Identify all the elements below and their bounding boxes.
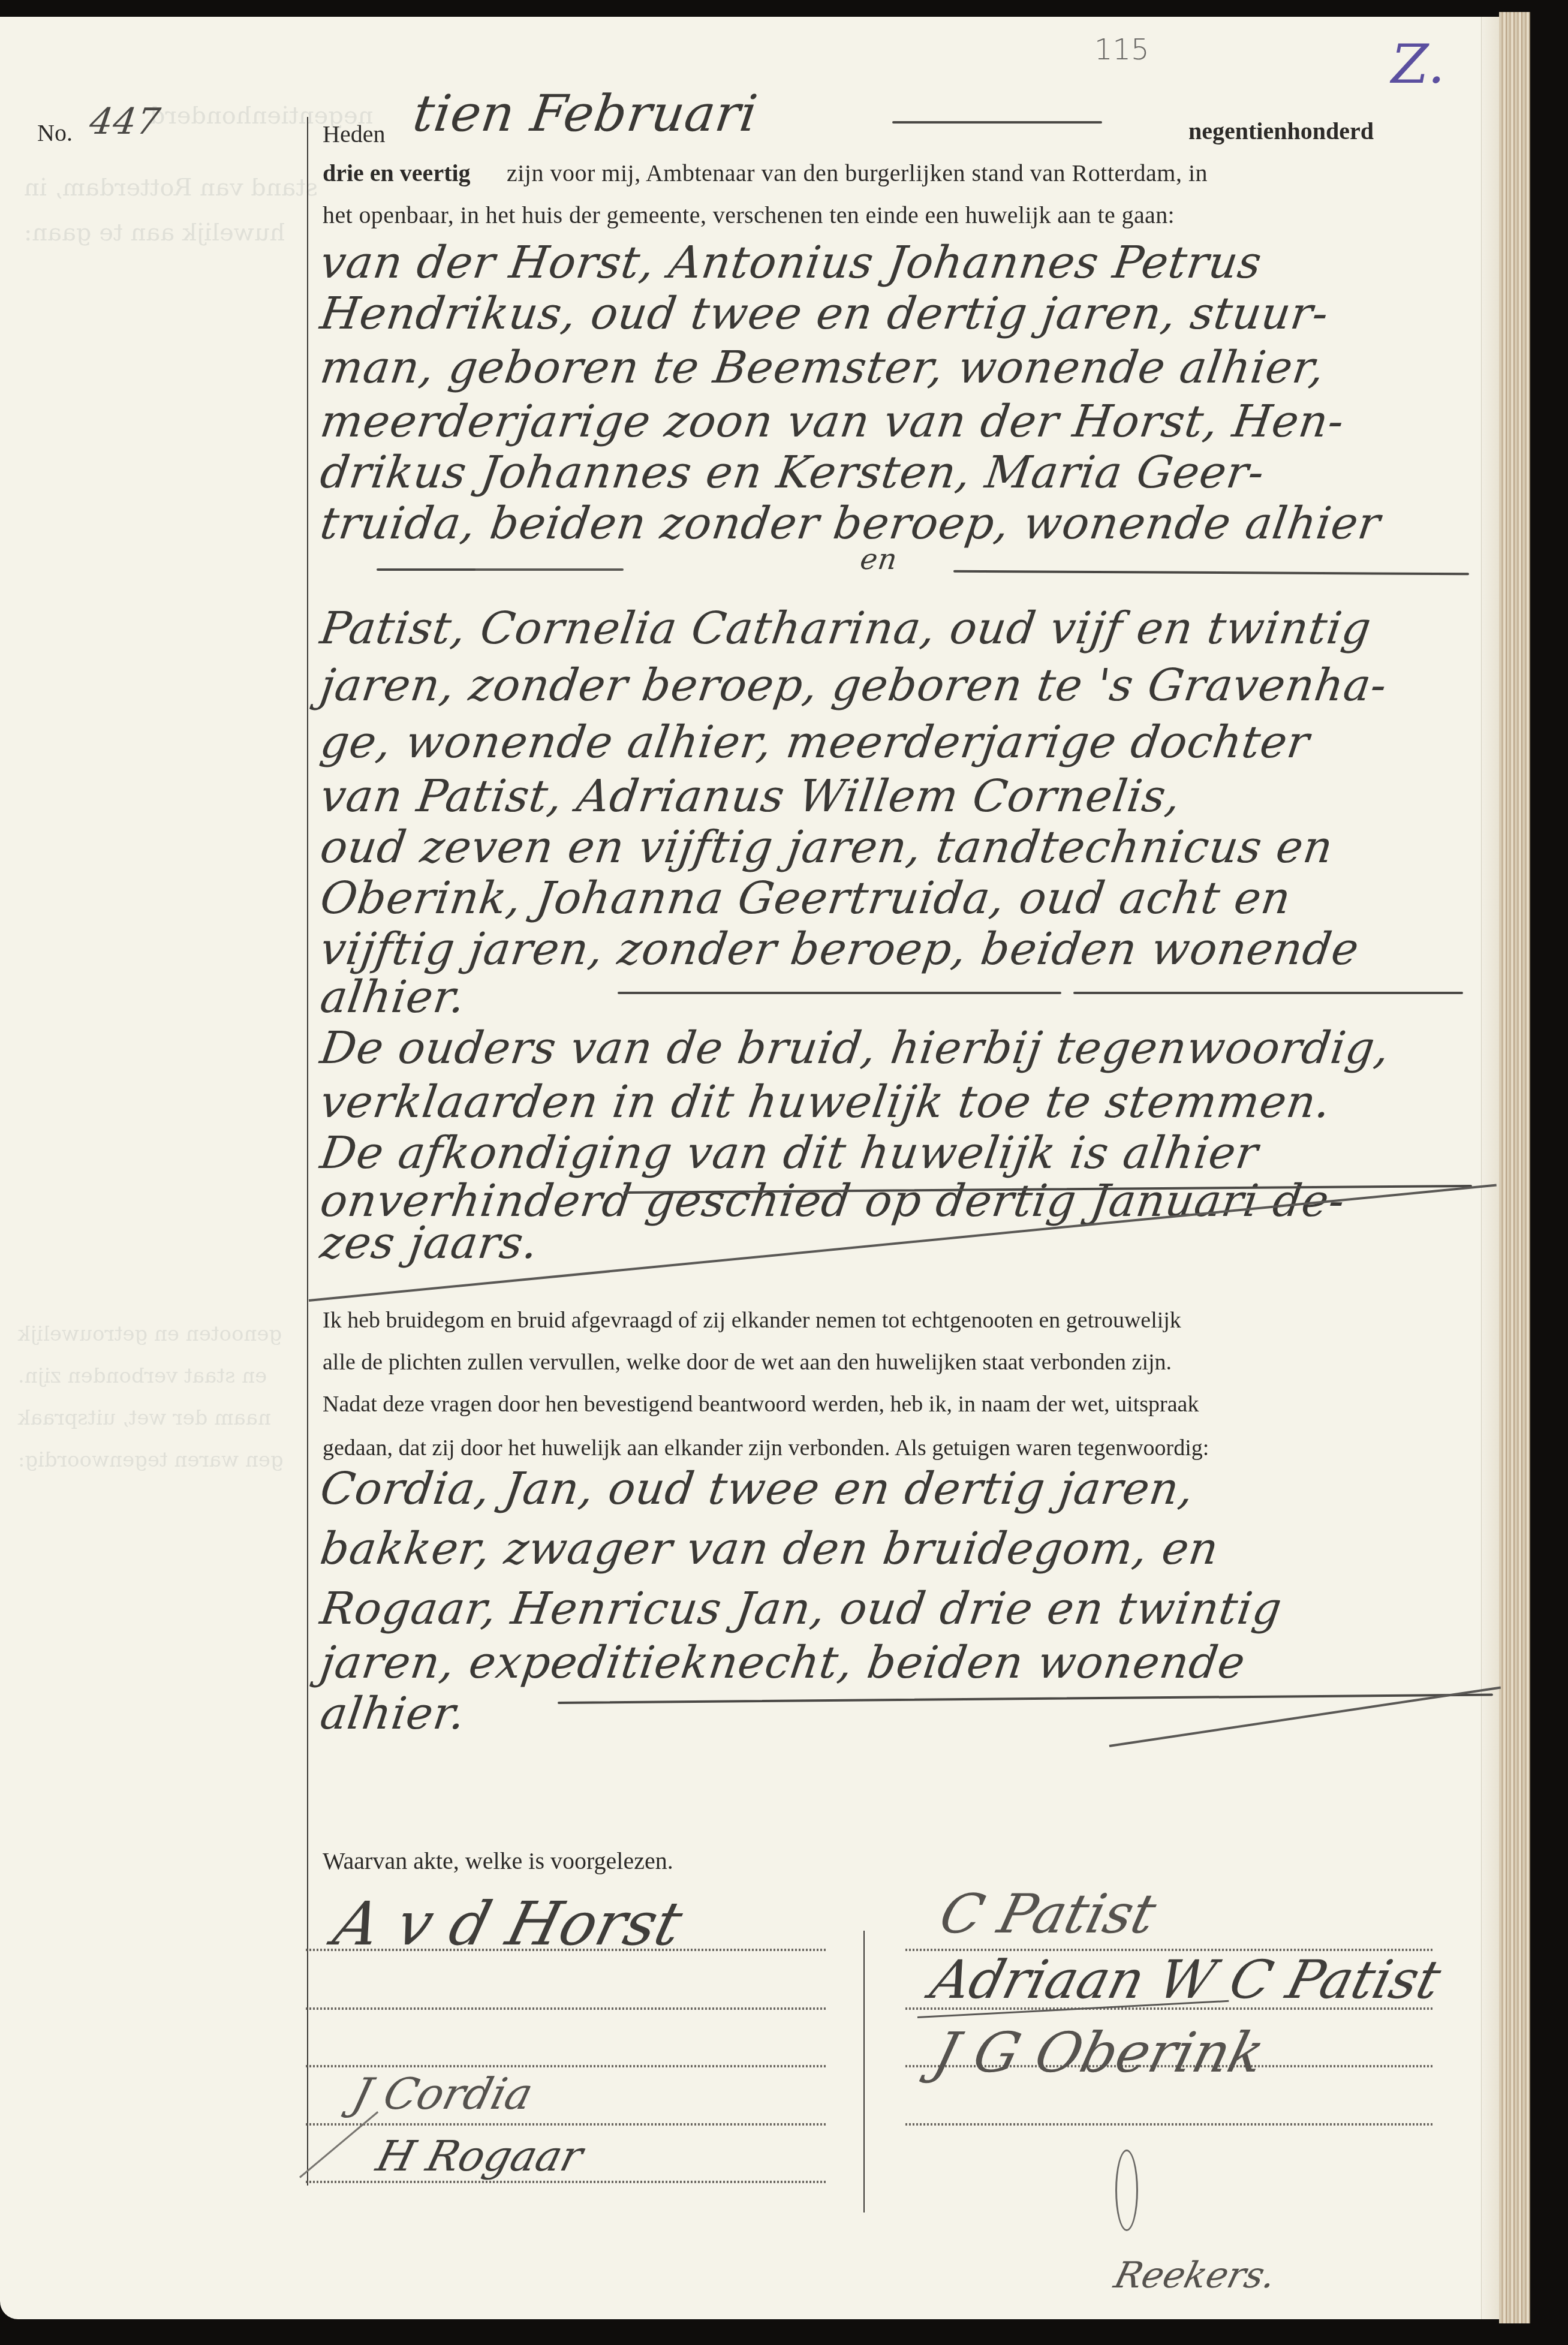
spacer [378,975,468,977]
groom-line: truida, beiden zonder beroep, wonende al… [317,498,1384,549]
witness-line: Cordia, Jan, oud twee en dertig jaren, [317,1463,1197,1515]
declaration-line: Ik heb bruidegom en bruid afgevraagd of … [323,1307,1181,1333]
book-page-edges [1499,12,1530,2323]
signature-bride: C Patist [934,1883,1162,1946]
bleed-through-text: genooten en getrouwelijk [18,1322,282,1346]
separator-en: en [858,543,899,576]
bleed-through-text: stand van Rotterdam, in [24,174,318,201]
record-number-label: No. [37,119,73,147]
bleed-through-text: en staat verbonden zijn. [18,1364,267,1388]
declaration-line: gedaan, dat zij door het huwelijk aan el… [323,1435,1209,1461]
separator-line-left [384,568,624,571]
bleed-through-text: huwelijk aan te gaan: [24,219,285,246]
century-label: negentienhonderd [1188,117,1374,145]
signature-line-left [306,2123,827,2126]
signature-line-right [905,2123,1433,2126]
signature-bride-father: Adriaan W C Patist [925,1949,1447,2010]
signature-line-left [306,2065,827,2067]
bleed-through-text: naam der wet, uitspraak [18,1406,271,1430]
declaration-line: Nadat deze vragen door hen bevestigend b… [323,1391,1199,1417]
intro-line-1: zijn voor mij, Ambtenaar van den burgerl… [507,159,1208,187]
groom-line: man, geboren te Beemster, wonende alhier… [317,342,1328,393]
signature-line-left [306,2181,827,2183]
corner-mark: Z. [1391,33,1445,96]
page-gutter [1481,17,1500,2319]
bride-line: ge, wonende alhier, meerderjarige dochte… [317,717,1313,768]
bride-line: Oberink, Johanna Geertruida, oud acht en [317,872,1295,924]
year-printed: drie en veertig [323,159,471,187]
intro-line-2: het openbaar, in het huis der gemeente, … [323,201,1175,229]
witness-line: Rogaar, Henricus Jan, oud drie en twinti… [317,1583,1285,1634]
date-fill-line [892,121,1102,124]
groom-line: drikus Johannes en Kersten, Maria Geer- [317,447,1268,498]
page-number-pencil: 115 [1094,33,1149,67]
signature-divider [863,1931,865,2212]
declaration-line: alle de plichten zullen vervullen, welke… [323,1349,1172,1375]
consent-line: verklaarden in dit huwelijk toe te stemm… [317,1076,1334,1128]
signature-official: Reekers. [1110,2254,1280,2296]
record-number-value: 447 [87,101,163,143]
groom-line: van der Horst, Antonius Johannes Petrus [317,237,1265,288]
consent-line: De ouders van de bruid, hierbij tegenwoo… [317,1022,1393,1074]
signature-groom: A v d Horst [327,1889,689,1959]
spacer [378,976,1217,979]
consent-line: zes jaars. [317,1217,541,1269]
heden-label: Heden [323,120,385,148]
date-handwritten: tien Februari [410,84,761,143]
witness-line: jaren, expeditieknecht, beiden wonende [317,1637,1248,1688]
signature-line-left [306,2007,827,2010]
bleed-through-text: gen waren tegenwoordig: [18,1448,284,1472]
witness-line: bakker, zwager van den bruidegom, en [317,1523,1222,1575]
filler-line [1073,992,1463,994]
groom-line: meerderjarige zoon van van der Horst, He… [317,396,1347,447]
margin-rule [307,117,308,2186]
bride-line: Patist, Cornelia Catharina, oud vijf en … [317,603,1375,654]
bride-line: jaren, zonder beroep, geboren te 's Grav… [317,660,1391,711]
bride-line: van Patist, Adrianus Willem Cornelis, [317,770,1184,822]
signature-witness-2: H Rogaar [372,2132,588,2181]
signature-bride-mother: J G Oberink [928,2021,1271,2085]
signature-official-loop [1115,2150,1138,2231]
witness-line: alhier. [317,1688,469,1739]
bride-line: vijftig jaren, zonder beroep, beiden won… [317,923,1362,975]
bride-line: alhier. [317,971,469,1023]
closing-text: Waarvan akte, welke is voorgelezen. [323,1847,673,1875]
filler-line [618,992,1061,994]
consent-line: De afkondiging van dit huwelijk is alhie… [317,1127,1262,1179]
bride-line: oud zeven en vijftig jaren, tandtechnicu… [317,821,1337,873]
groom-line: Hendrikus, oud twee en dertig jaren, stu… [317,288,1332,339]
